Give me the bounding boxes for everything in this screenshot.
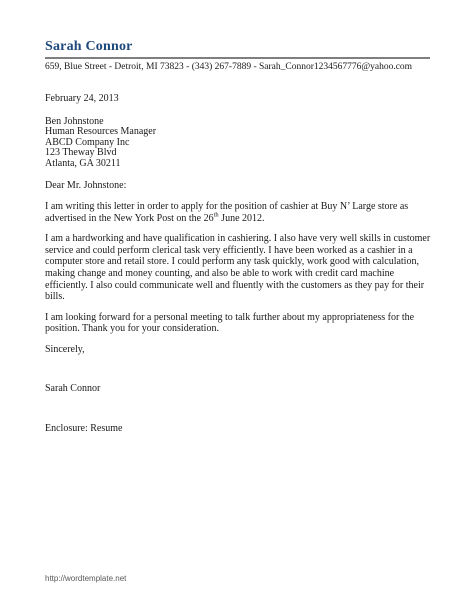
letterhead: Sarah Connor <box>45 38 430 59</box>
recipient-address-block: Ben Johnstone Human Resources Manager AB… <box>45 117 437 170</box>
paragraph-qualifications: I am a hardworking and have qualificatio… <box>45 233 437 303</box>
paragraph-intro-tail: June 2012. <box>219 213 265 224</box>
enclosure-note: Enclosure: Resume <box>45 423 437 435</box>
sender-name: Sarah Connor <box>45 38 430 55</box>
letter-content: Sarah Connor 659, Blue Street - Detroit,… <box>0 0 474 434</box>
complimentary-close: Sincerely, <box>45 344 437 356</box>
signature-name: Sarah Connor <box>45 383 437 395</box>
paragraph-closing-request: I am looking forward for a personal meet… <box>45 312 437 335</box>
template-source-url: http://wordtemplate.net <box>45 574 126 584</box>
recipient-city: Atlanta, GA 30211 <box>45 159 437 170</box>
letter-date: February 24, 2013 <box>45 93 437 105</box>
paragraph-intro: I am writing this letter in order to app… <box>45 201 437 224</box>
letter-page: Sarah Connor 659, Blue Street - Detroit,… <box>0 0 474 613</box>
salutation: Dear Mr. Johnstone: <box>45 180 437 192</box>
contact-info-line: 659, Blue Street - Detroit, MI 73823 - (… <box>45 62 437 73</box>
